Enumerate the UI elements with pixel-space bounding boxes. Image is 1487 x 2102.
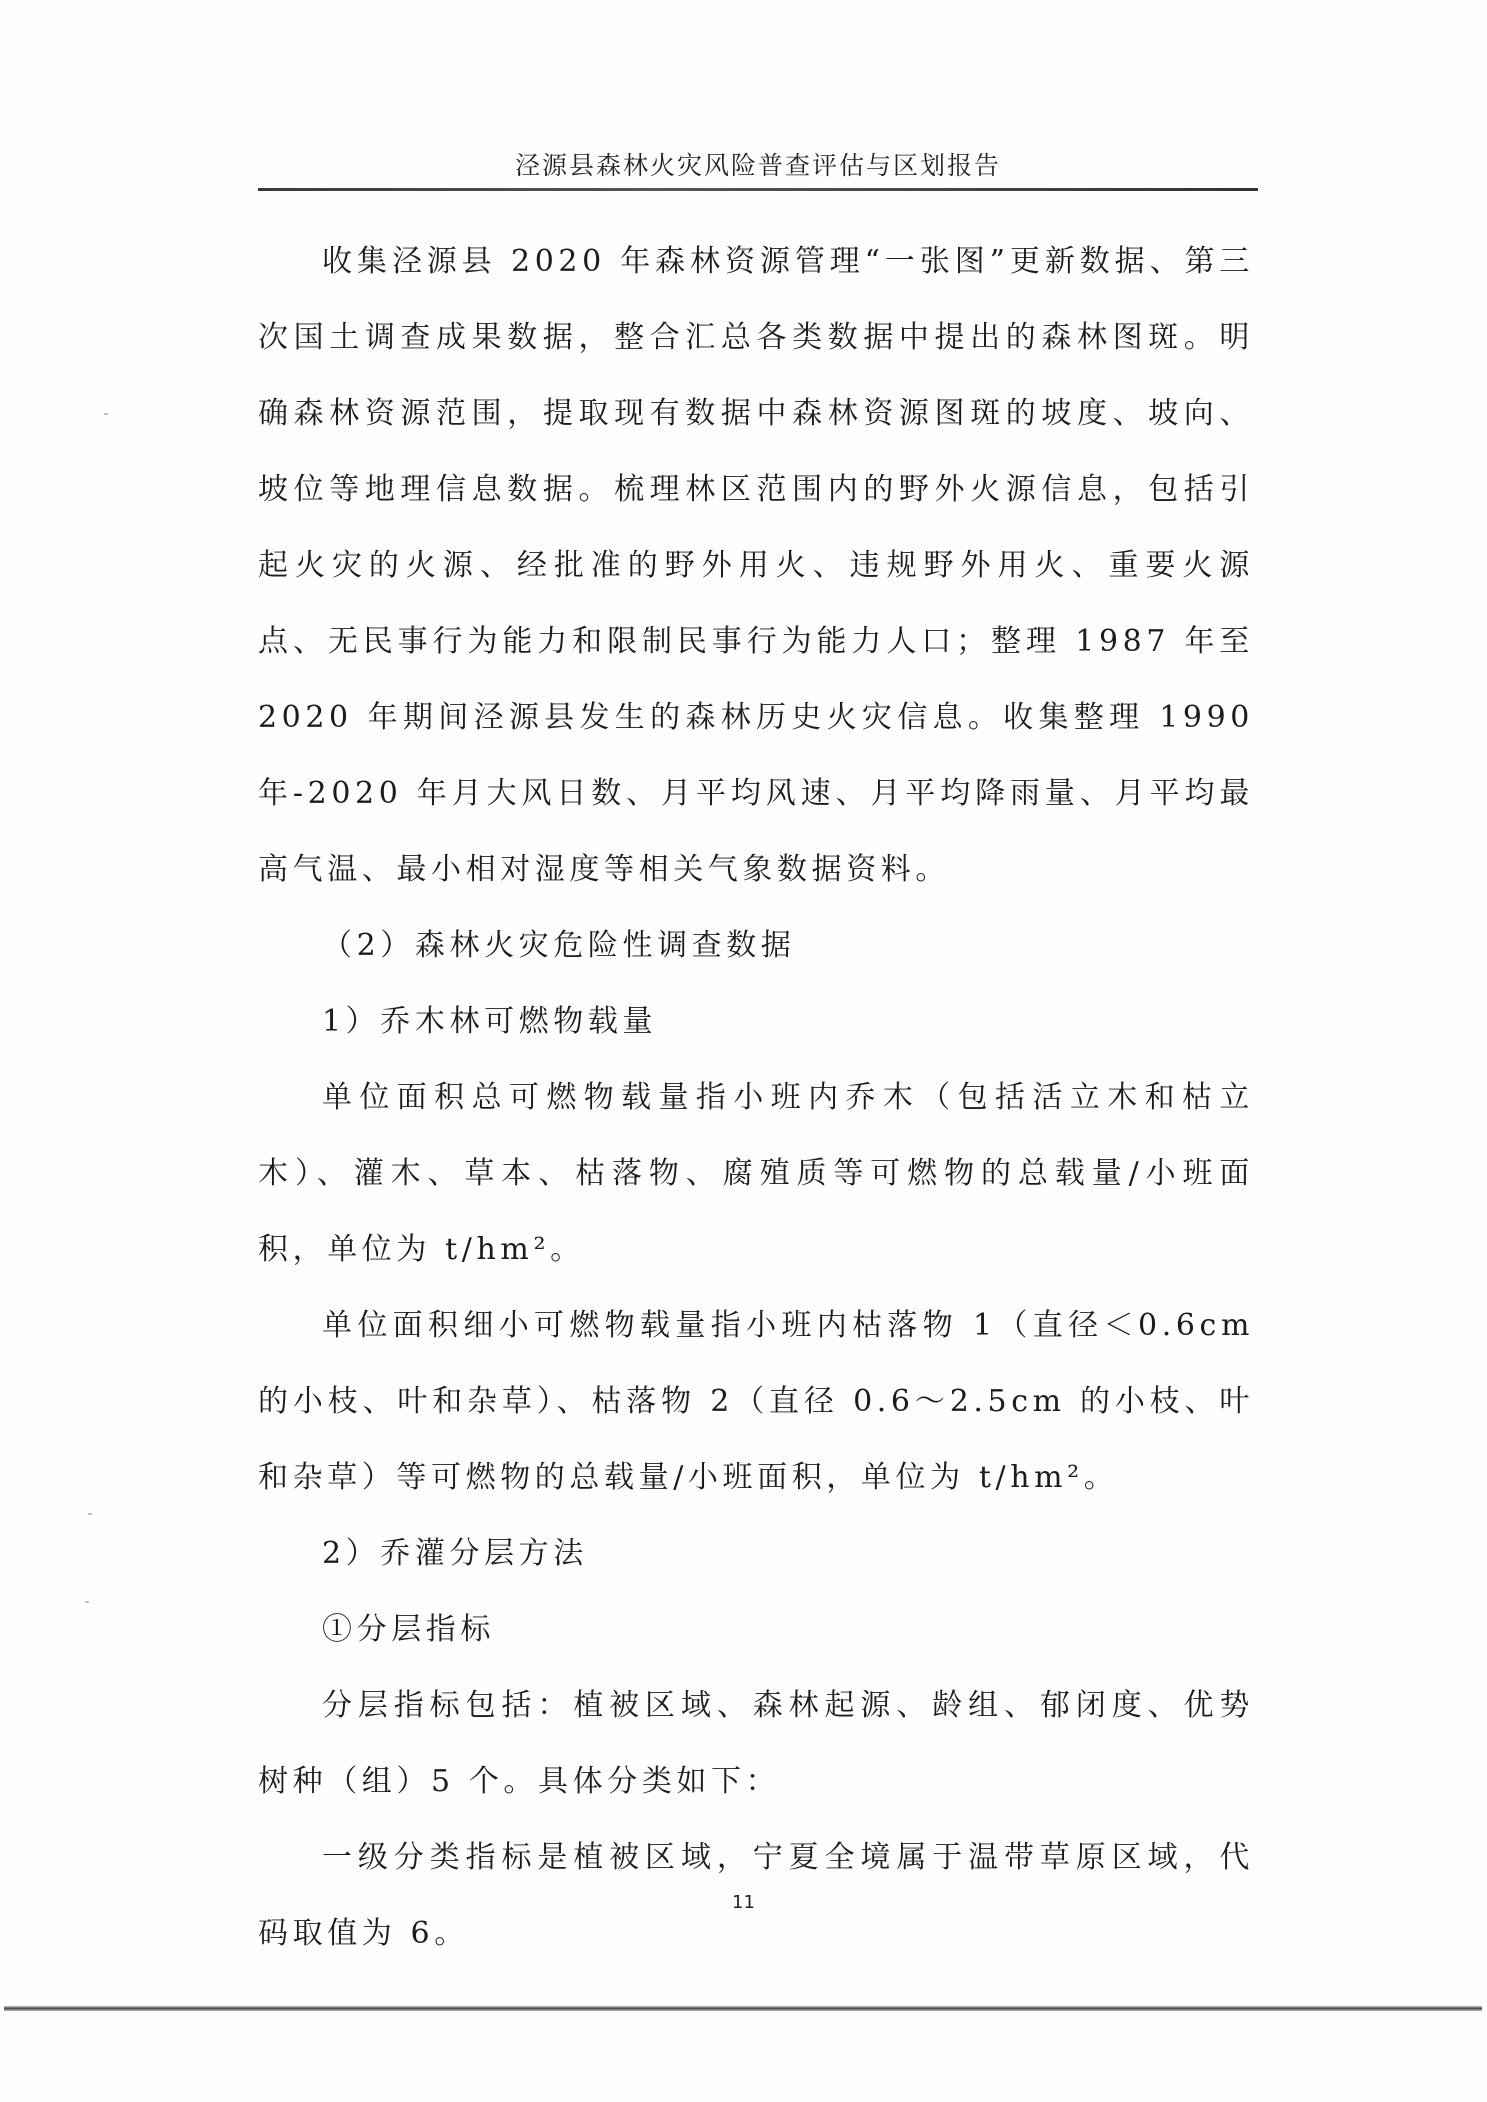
page-number: 11 [0,1892,1487,1913]
body-content: 收集泾源县 2020 年森林资源管理“一张图”更新数据、第三次国土调查成果数据，… [258,224,1254,1972]
document-page: 泾源县森林火灾风险普查评估与区划报告 收集泾源县 2020 年森林资源管理“一张… [0,0,1487,2102]
running-header-title: 泾源县森林火灾风险普查评估与区划报告 [258,150,1258,182]
scan-speck [88,1513,92,1515]
paragraph-total-fuel-load-definition: 单位面积总可燃物载量指小班内乔木（包括活立木和枯立木）、灌木、草本、枯落物、腐殖… [258,1060,1254,1288]
subsection-heading-stratification-method: 2）乔灌分层方法 [258,1516,1254,1592]
paragraph-data-collection: 收集泾源县 2020 年森林资源管理“一张图”更新数据、第三次国土调查成果数据，… [258,224,1254,908]
header-rule-divider [258,188,1258,191]
scan-speck [104,413,108,415]
scan-edge-line [4,2006,1482,2011]
subsection-heading-arbor-fuel-load: 1）乔木林可燃物载量 [258,984,1254,1060]
paragraph-fine-fuel-load-definition: 单位面积细小可燃物载量指小班内枯落物 1（直径＜0.6cm 的小枝、叶和杂草）、… [258,1288,1254,1516]
paragraph-indicator-list: 分层指标包括：植被区域、森林起源、龄组、郁闭度、优势树种（组）5 个。具体分类如… [258,1668,1254,1820]
section-heading-fire-hazard-survey-data: （2）森林火灾危险性调查数据 [258,908,1254,984]
scan-speck [85,1601,89,1603]
subsection-heading-stratification-indicators: ①分层指标 [258,1592,1254,1668]
